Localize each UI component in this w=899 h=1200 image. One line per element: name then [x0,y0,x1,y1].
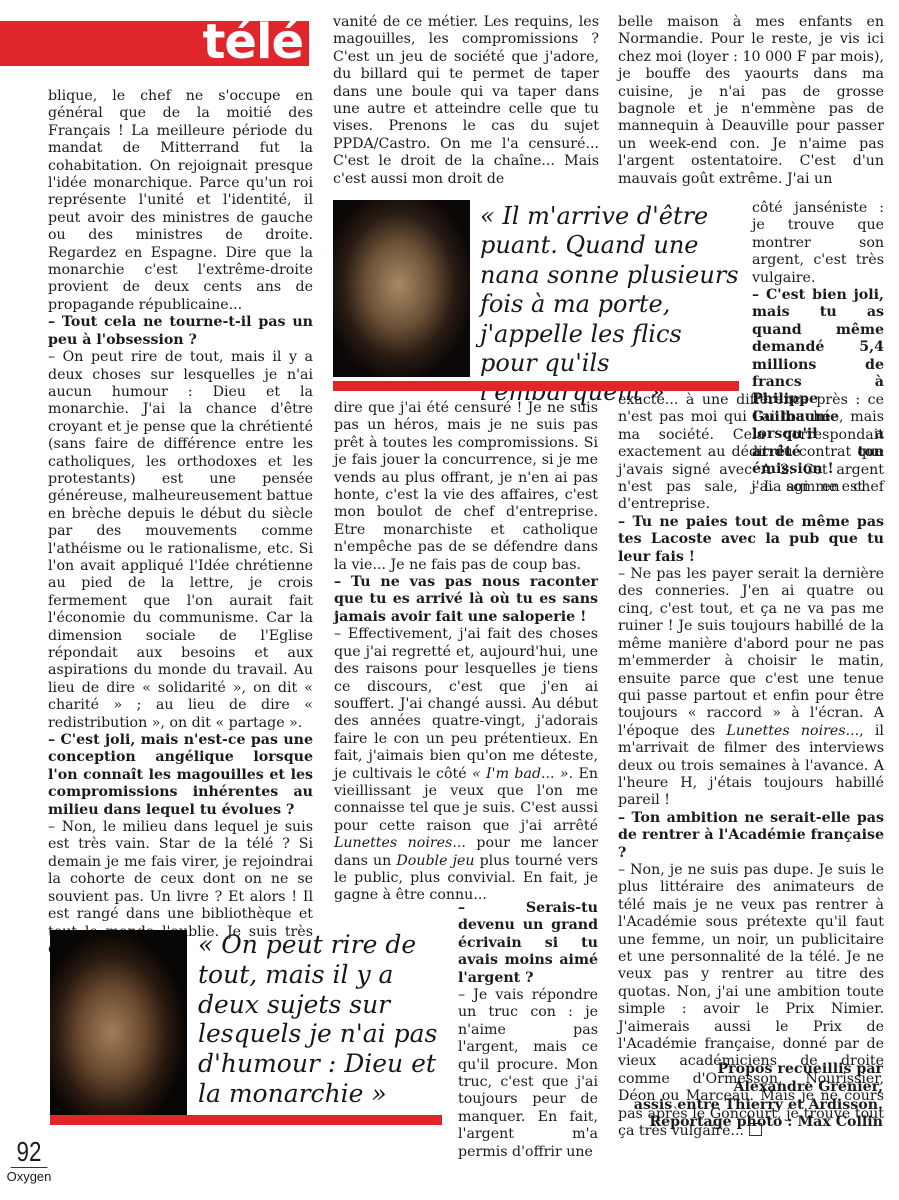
pull-quote-text: « On peut rire de tout, mais il y a deux… [198,930,448,1109]
interview-question: – Tu ne paies tout de même pas tes Lacos… [618,514,884,566]
article-column-1: blique, le chef ne s'occupe en général q… [48,88,313,958]
interview-question: – Ton ambition ne serait-elle pas de ren… [618,810,884,862]
article-column-2-top: vanité de ce métier. Les requins, les ma… [333,14,599,188]
article-column-2-bottom: – Serais-tu devenu un grand écrivain si … [458,900,598,1161]
interview-answer: exacte... à une différence près : ce n'e… [618,392,884,514]
interview-question: – Serais-tu devenu un grand écrivain si … [458,900,598,987]
page-number: 92 [11,1138,48,1168]
pull-quote-top: « Il m'arrive d'être puant. Quand une na… [333,200,739,390]
article-column-3-bottom: exacte... à une différence près : ce n'e… [618,392,884,1140]
portrait-photo [50,930,187,1116]
article-credits: Propos recueillis par Alexandre Grenier,… [634,1061,883,1132]
interview-answer: – Je vais répondre un truc con : je n'ai… [458,987,598,1161]
section-banner: télé [0,21,309,66]
paragraph: belle maison à mes enfants en Normandie.… [618,14,884,188]
paragraph: vanité de ce métier. Les requins, les ma… [333,14,599,188]
paragraph: blique, le chef ne s'occupe en général q… [48,88,313,314]
page-footer: 92 Oxygen [6,1138,52,1184]
magazine-name: Oxygen [6,1169,52,1184]
section-title: télé [202,16,303,68]
paragraph: dire que j'ai été censuré ! Je ne suis p… [334,400,598,574]
article-column-2-middle: dire que j'ai été censuré ! Je ne suis p… [334,400,598,905]
interview-answer: – On peut rire de tout, mais il y a deux… [48,349,313,732]
article-column-3-top: belle maison à mes enfants en Normandie.… [618,14,884,188]
pull-quote-bottom: « On peut rire de tout, mais il y a deux… [50,930,442,1118]
interview-question: – C'est joli, mais n'est-ce pas une conc… [48,732,313,819]
paragraph: côté janséniste : je trouve que montrer … [752,200,884,287]
red-rule [50,1115,442,1125]
interview-answer: – Effectivement, j'ai fait des choses qu… [334,626,598,905]
portrait-photo [333,200,470,377]
pull-quote-text: « Il m'arrive d'être puant. Quand une na… [480,202,742,408]
interview-answer: – Ne pas les payer serait la dernière de… [618,566,884,810]
red-rule [333,381,739,391]
interview-question: – Tout cela ne tourne-t-il pas un peu à … [48,314,313,349]
interview-question: – Tu ne vas pas nous raconter que tu es … [334,574,598,626]
